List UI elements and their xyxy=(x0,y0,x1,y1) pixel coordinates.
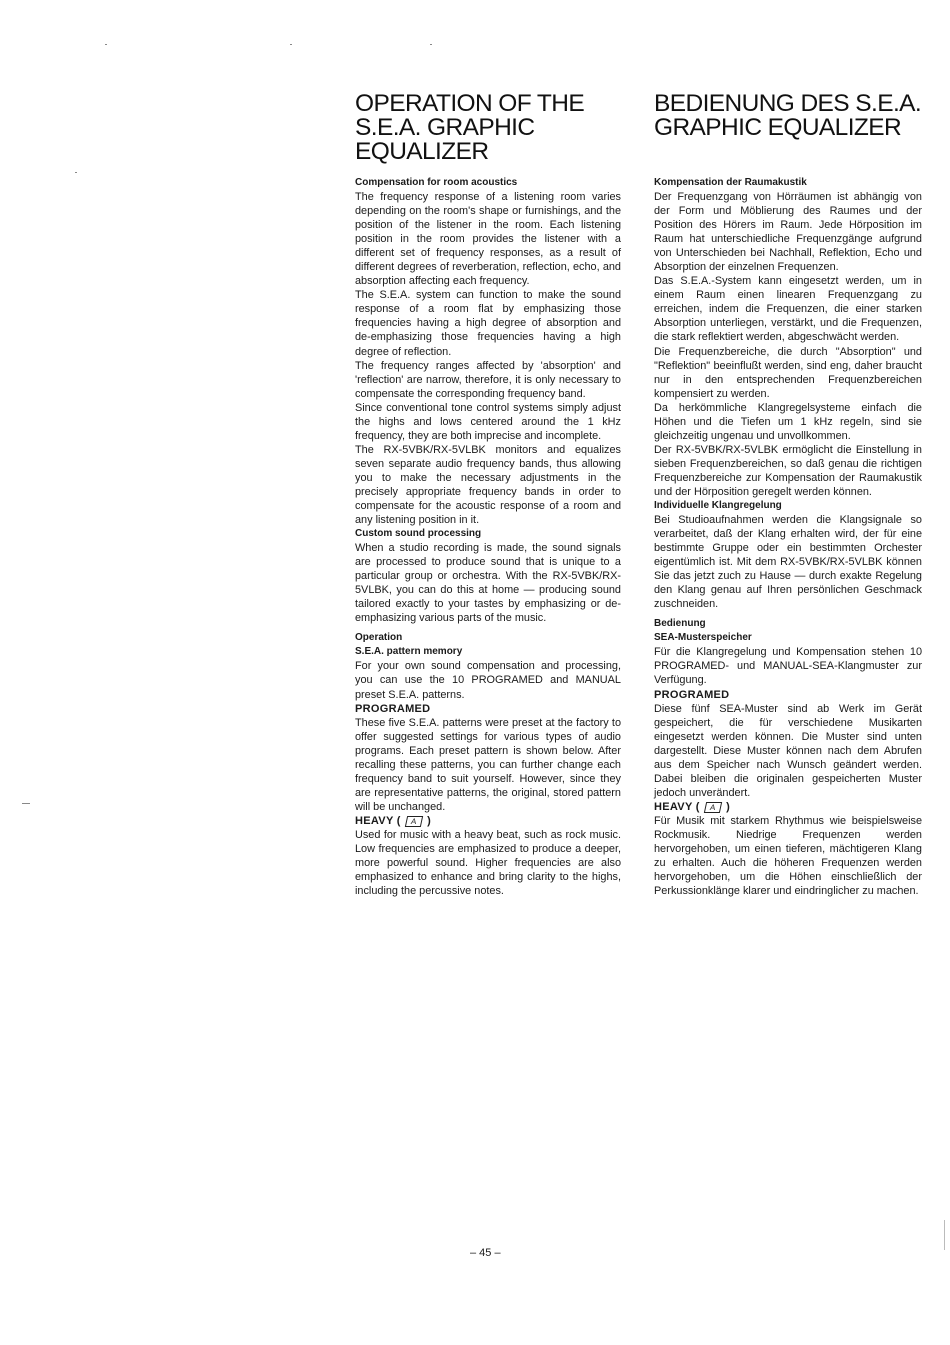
heading-pattern-memory: S.E.A. pattern memory xyxy=(355,645,621,659)
heading-heavy: HEAVY ( A ) xyxy=(654,800,922,814)
paragraph: Die Frequenzbereiche, die durch "Absorpt… xyxy=(654,345,922,401)
paragraph: Diese fünf SEA-Muster sind ab Werk im Ge… xyxy=(654,702,922,800)
paragraph: Der Frequenzgang von Hörräumen ist abhän… xyxy=(654,190,922,274)
paragraph: Since conventional tone control systems … xyxy=(355,401,621,443)
paragraph: Das S.E.A.-System kann eingesetzt werden… xyxy=(654,274,922,344)
paragraph: Für Musik mit starkem Rhythmus wie beisp… xyxy=(654,814,922,898)
paragraph: Used for music with a heavy beat, such a… xyxy=(355,828,621,898)
scan-speck xyxy=(105,44,107,45)
heading-heavy: HEAVY ( A ) xyxy=(355,814,621,828)
heading-kompensation: Kompensation der Raumakustik xyxy=(654,176,922,190)
german-body: Kompensation der Raumakustik Der Frequen… xyxy=(654,176,922,898)
paragraph: Bei Studioaufnahmen werden die Klangsign… xyxy=(654,513,922,611)
scan-speck xyxy=(75,172,77,173)
paragraph: The frequency ranges affected by 'absorp… xyxy=(355,359,621,401)
heading-custom-sound: Custom sound processing xyxy=(355,527,621,541)
paragraph: The RX-5VBK/RX-5VLBK monitors and equali… xyxy=(355,443,621,527)
scan-speck xyxy=(290,44,292,45)
scan-speck xyxy=(22,803,30,804)
paragraph: Für die Klangregelung und Kompensation s… xyxy=(654,645,922,687)
paragraph: The S.E.A. system can function to make t… xyxy=(355,288,621,358)
scan-speck xyxy=(430,44,432,45)
paragraph: When a studio recording is made, the sou… xyxy=(355,541,621,625)
scan-edge xyxy=(944,1220,945,1250)
pattern-key-a-icon: A xyxy=(704,802,722,813)
heading-compensation: Compensation for room acoustics xyxy=(355,176,621,190)
page-title-german: BEDIENUNG DES S.E.A. GRAPHIC EQUALIZER xyxy=(654,92,922,176)
heading-programed: PROGRAMED xyxy=(355,702,621,716)
heading-operation: Operation xyxy=(355,631,621,645)
english-body: Compensation for room acoustics The freq… xyxy=(355,176,621,898)
heading-musterspeicher: SEA-Musterspeicher xyxy=(654,631,922,645)
heading-bedienung: Bedienung xyxy=(654,617,922,631)
page-number: – 45 – xyxy=(470,1247,501,1259)
page-title-english: OPERATION OF THE S.E.A. GRAPHIC EQUALIZE… xyxy=(355,92,621,176)
paragraph: Der RX-5VBK/RX-5VLBK ermöglicht die Eins… xyxy=(654,443,922,499)
paragraph: The frequency response of a listening ro… xyxy=(355,190,621,288)
paragraph: These five S.E.A. patterns were preset a… xyxy=(355,716,621,814)
heading-klangregelung: Individuelle Klangregelung xyxy=(654,499,922,513)
german-column: BEDIENUNG DES S.E.A. GRAPHIC EQUALIZER K… xyxy=(654,92,922,898)
paragraph: For your own sound compensation and proc… xyxy=(355,659,621,701)
pattern-key-a-icon: A xyxy=(405,816,423,827)
english-column: OPERATION OF THE S.E.A. GRAPHIC EQUALIZE… xyxy=(355,92,621,898)
paragraph: Da herkömmliche Klangregelsysteme einfac… xyxy=(654,401,922,443)
heading-programed: PROGRAMED xyxy=(654,688,922,702)
